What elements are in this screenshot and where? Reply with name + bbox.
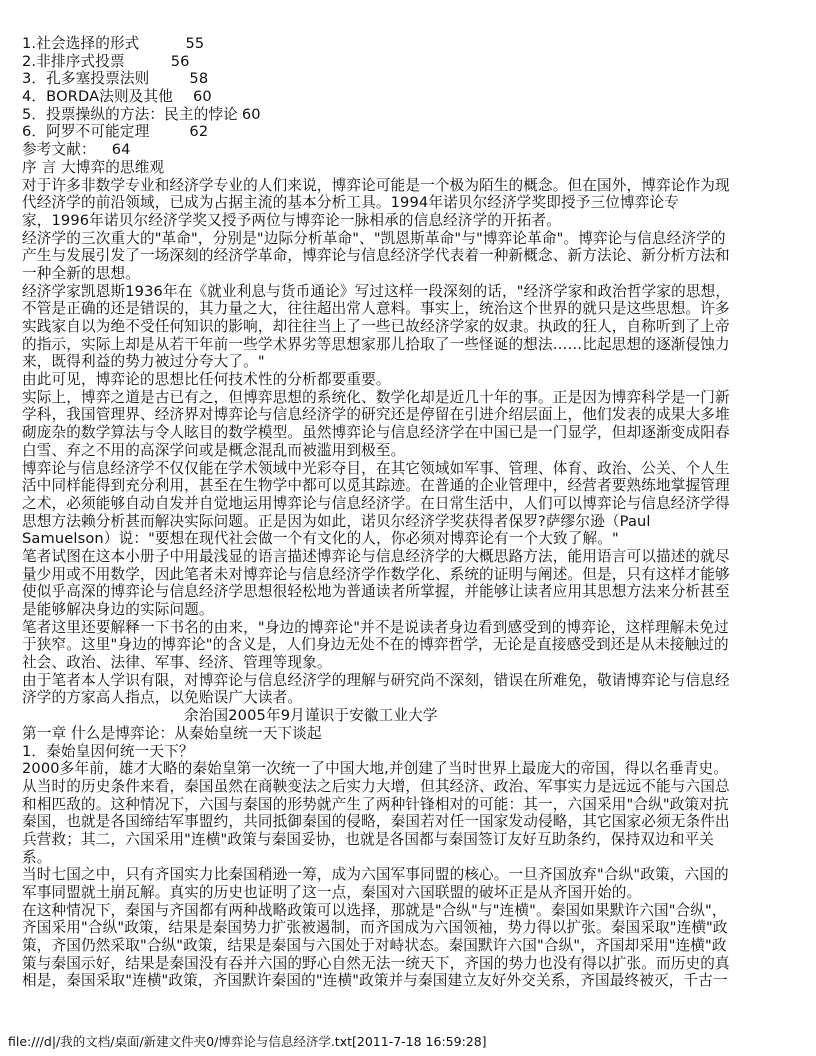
text-line: 对于许多非数学专业和经济学专业的人们来说，博弈论可能是一个极为陌生的概念。但在国…: [22, 177, 802, 195]
text-line: 来，既得利益的势力被过分夸大了。": [22, 353, 802, 371]
text-line: 活中同样能得到充分利用，甚至在生物学中都可以觅其踪迹。在普通的企业管理中，经营者…: [22, 477, 802, 495]
text-line: 的指示，实际上却是从若干年前一些学术界劣等思想家那儿拾取了一些怪诞的想法……比起…: [22, 336, 802, 354]
text-line: 砌庞杂的数学算法与令人眩目的数学模型。虽然博弈论与信息经济学在中国已是一门显学，…: [22, 424, 802, 442]
text-line: 兵营救；其二，六国采用"连横"政策与秦国妥协，也就是各国都与秦国签订友好互助条约…: [22, 831, 802, 849]
text-line: 策与秦国示好，结果是秦国没有吞并六国的野心自然无法一统天下，齐国的势力也没有得以…: [22, 955, 802, 973]
text-line: 产生与发展引发了一场深刻的经济学革命，博弈论与信息经济学代表着一种新概念、新方法…: [22, 247, 802, 265]
text-line: 从当时的历史条件来看，秦国虽然在商鞅变法之后实力大增，但其经济、政治、军事实力是…: [22, 778, 802, 796]
section-heading: 1．秦始皇因何统一天下？: [22, 743, 802, 761]
toc-entry: 6．阿罗不可能定理62: [22, 123, 802, 141]
text-line: 不管是正确的还是错误的，其力量之大，往往超出常人意料。事实上，统治这个世界的就只…: [22, 300, 802, 318]
text-line: 代经济学的前沿领域，已成为占据主流的基本分析工具。1994年诺贝尔经济学奖即授予…: [22, 194, 802, 212]
text-line: Samuelson）说："要想在现代社会做一个有文化的人，你必须对博弈论有一个大…: [22, 530, 802, 548]
text-line: 实践家自以为绝不受任何知识的影响，却往往当上了一些已故经济学家的奴隶。执政的狂人…: [22, 318, 802, 336]
text-line: 经济学的三次重大的"革命"，分别是"边际分析革命"、"凯恩斯革命"与"博弈论革命…: [22, 230, 802, 248]
text-line: 齐国采用"合纵"政策，结果是秦国势力扩张被遏制，而齐国成为六国领袖，势力得以扩张…: [22, 919, 802, 937]
text-line: 笔者试图在这本小册子中用最浅显的语言描述博弈论与信息经济学的大概思路方法，能用语…: [22, 548, 802, 566]
text-line: 系。: [22, 849, 802, 867]
text-line: 秦国，也就是各国缔结军事盟约，共同抵御秦国的侵略，秦国若对任一国家发动侵略，其它…: [22, 813, 802, 831]
text-line: 策，齐国仍然采取"合纵"政策，结果是秦国与六国处于对峙状态。秦国默许六国"合纵"…: [22, 937, 802, 955]
text-line: 由于笔者本人学识有限，对博弈论与信息经济学的理解与研究尚不深刻，错误在所难免，敬…: [22, 672, 802, 690]
toc-entry: 2.非排序式投票56: [22, 53, 802, 71]
text-line: 实际上，博弈之道是古已有之，但博弈思想的系统化、数学化却是近几十年的事。正是因为…: [22, 389, 802, 407]
signature: 余治国2005年9月谨识于安徽工业大学: [22, 707, 802, 725]
file-path-footer: file:///d|/我的文档/桌面/新建文件夹0/博弈论与信息经济学.txt[…: [8, 1035, 487, 1049]
chapter-heading: 第一章 什么是博弈论：从秦始皇统一天下谈起: [22, 725, 802, 743]
text-line: 思想方法赖分析甚而解决实际问题。正是因为如此，诺贝尔经济学奖获得者保罗?萨缪尔逊…: [22, 513, 802, 531]
toc-entry: 5．投票操纵的方法：民主的悖论60: [22, 106, 802, 124]
text-line: 济学的方家高人指点，以免贻误广大读者。: [22, 689, 802, 707]
text-line: 军事同盟就土崩瓦解。真实的历史也证明了这一点，秦国对六国联盟的破坏正是从齐国开始…: [22, 884, 802, 902]
toc-entry: 1.社会选择的形式55: [22, 35, 802, 53]
text-line: 经济学家凯恩斯1936年在《就业利息与货币通论》写过这样一段深刻的话，"经济学家…: [22, 283, 802, 301]
text-line: 博弈论与信息经济学不仅仅能在学术领域中光彩夺目，在其它领域如军事、管理、体育、政…: [22, 460, 802, 478]
text-line: 学科，我国管理界、经济界对博弈论与信息经济学的研究还是停留在引进介绍层面上，他们…: [22, 406, 802, 424]
text-line: 之术，必须能够自动自发并自觉地运用博弈论与信息经济学。在日常生活中，人们可以博弈…: [22, 495, 802, 513]
toc-entry: 3．孔多塞投票法则58: [22, 70, 802, 88]
text-line: 当时七国之中，只有齐国实力比秦国稍逊一筹，成为六国军事同盟的核心。一旦齐国放弃"…: [22, 866, 802, 884]
preface-heading: 序 言 大博弈的思维观: [22, 159, 802, 177]
text-line: 量少用或不用数学，因此笔者未对博弈论与信息经济学作数学化、系统的证明与阐述。但是…: [22, 566, 802, 584]
text-line: 一种全新的思想。: [22, 265, 802, 283]
text-line: 白雪、弃之不用的高深学问或是概念混乱而被滥用到极至。: [22, 442, 802, 460]
toc-entry: 4．BORDA法则及其他60: [22, 88, 802, 106]
text-line: 社会、政治、法律、军事、经济、管理等现象。: [22, 654, 802, 672]
text-line: 家，1996年诺贝尔经济学奖又授予两位与博弈论一脉相承的信息经济学的开拓者。: [22, 212, 802, 230]
text-line: 在这种情况下，秦国与齐国都有两种战略政策可以选择，那就是"合纵"与"连横"。秦国…: [22, 902, 802, 920]
text-line: 是能够解决身边的实际问题。: [22, 601, 802, 619]
document-page: 1.社会选择的形式55 2.非排序式投票56 3．孔多塞投票法则58 4．BOR…: [22, 35, 802, 990]
references-entry: 参考文献：64: [22, 141, 802, 159]
text-line: 笔者这里还要解释一下书名的由来，"身边的博弈论"并不是说读者身边看到感受到的博弈…: [22, 619, 802, 637]
text-line: 由此可见，博弈论的思想比任何技术性的分析都要重要。: [22, 371, 802, 389]
text-line: 使似乎高深的博弈论与信息经济学思想很轻松地为普通读者所掌握，并能够让读者应用其思…: [22, 583, 802, 601]
text-line: 2000多年前，雄才大略的秦始皇第一次统一了中国大地,并创建了当时世界上最庞大的…: [22, 760, 802, 778]
text-line: 和相匹敌的。这种情况下，六国与秦国的形势就产生了两种针锋相对的可能：其一，六国采…: [22, 796, 802, 814]
text-line: 于狭窄。这里"身边的博弈论"的含义是，人们身边无处不在的博弈哲学，无论是直接感受…: [22, 636, 802, 654]
text-line: 相是，秦国采取"连横"政策，齐国默许秦国的"连横"政策并与秦国建立友好外交关系，…: [22, 972, 802, 990]
